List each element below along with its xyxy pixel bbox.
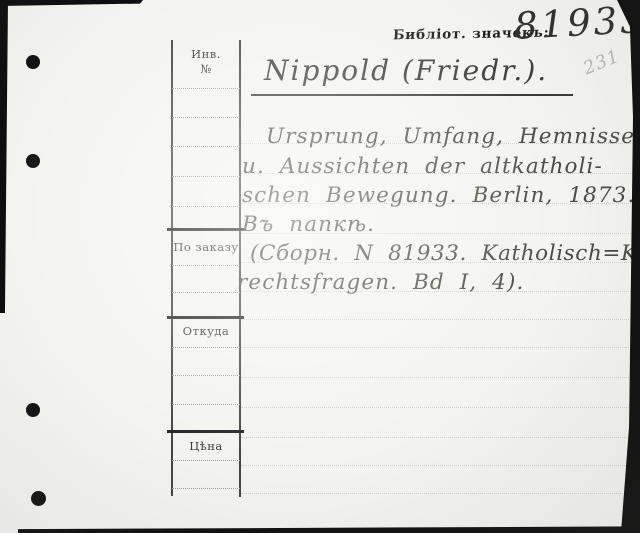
- author-heading: Nippold (Friedr.).: [264, 54, 548, 87]
- table-vertical-line-right: [239, 40, 241, 497]
- catalog-card-scan: Инв. № По заказу Откуда Цѣна Библіот. зн…: [0, 0, 640, 533]
- inventory-number-label: Инв. №: [172, 47, 240, 77]
- entry-line: rechtsfragen. Bd I, 4).: [237, 270, 524, 295]
- table-ruled-line: [172, 347, 240, 348]
- author-underline: [251, 94, 573, 96]
- scan-edge-bottom: [18, 526, 640, 533]
- table-ruled-line: [172, 375, 240, 376]
- table-ruled-line: [172, 206, 240, 207]
- table-ruled-line: [172, 117, 240, 118]
- entry-line: Ursprung, Umfang, Hemnisse: [266, 124, 635, 149]
- ruled-line: [241, 493, 633, 494]
- origin-label: Откуда: [172, 324, 240, 339]
- punch-hole: [26, 55, 40, 69]
- ruled-line: [241, 347, 633, 348]
- ruled-line: [241, 465, 633, 466]
- table-ruled-line: [172, 146, 240, 147]
- table-separator-line: [167, 228, 244, 231]
- inventory-label-line1: Инв.: [172, 47, 240, 62]
- entry-line: (Сборн. N 81933. Katholisch=Kirchen-: [250, 241, 640, 266]
- ruled-line: [241, 437, 633, 438]
- table-ruled-line: [172, 488, 240, 489]
- scan-edge-left: [0, 0, 8, 313]
- entry-line: u. Aussichten der altkatholi-: [242, 154, 603, 179]
- table-ruled-line: [172, 265, 240, 266]
- scan-edge-top: [0, 0, 143, 6]
- ruled-line: [241, 407, 633, 408]
- table-ruled-line: [172, 88, 240, 89]
- scan-edge-right: [612, 0, 640, 533]
- entry-line: schen Bewegung. Berlin, 1873. 8°.: [242, 183, 640, 208]
- table-vertical-line-left: [171, 40, 173, 496]
- entry-line: Въ папкѣ.: [242, 212, 375, 237]
- table-ruled-line: [172, 176, 240, 177]
- table-separator-line: [167, 316, 244, 319]
- table-ruled-line: [172, 460, 240, 461]
- punch-hole: [26, 154, 40, 168]
- ruled-line: [241, 377, 633, 378]
- punch-hole: [31, 491, 46, 506]
- price-label: Цѣна: [172, 439, 240, 454]
- table-separator-line: [167, 430, 244, 433]
- punch-hole: [26, 403, 40, 417]
- inventory-label-line2: №: [172, 62, 240, 77]
- pencil-annotation: 231: [580, 46, 623, 79]
- ruled-line: [241, 319, 633, 320]
- table-ruled-line: [172, 292, 240, 293]
- by-order-label: По заказу: [172, 240, 240, 255]
- table-ruled-line: [172, 404, 240, 405]
